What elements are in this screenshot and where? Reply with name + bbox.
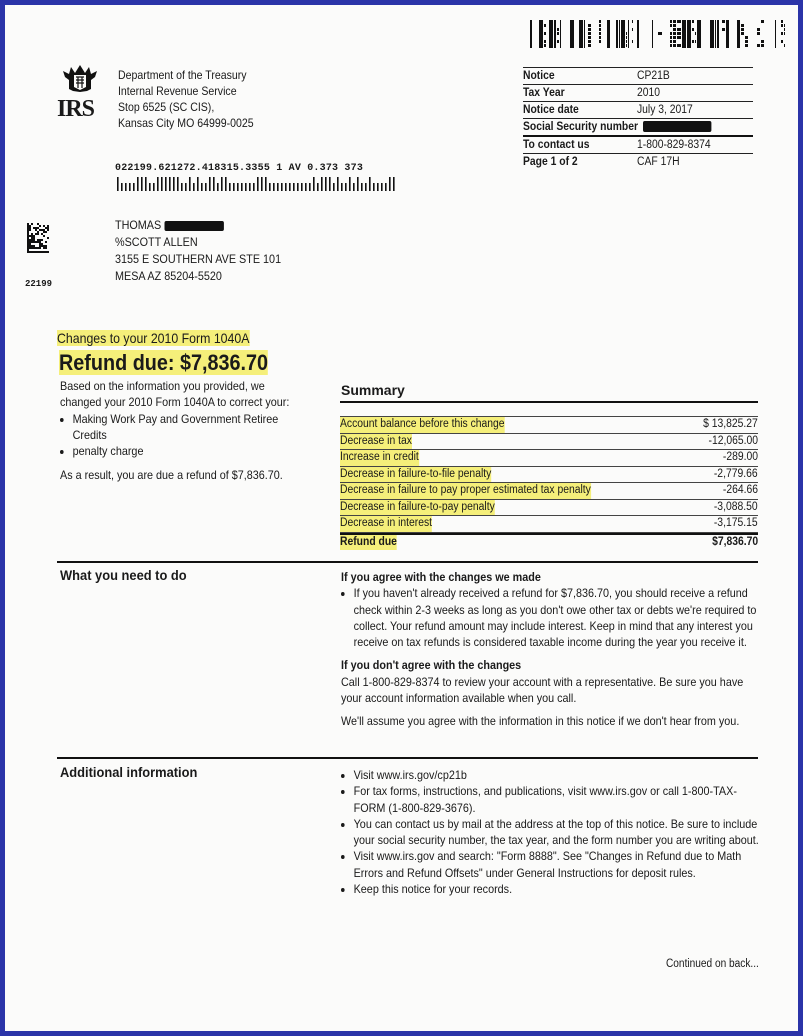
recipient-name: THOMAS — [115, 218, 161, 232]
summary-label: Decrease in interest — [340, 516, 432, 532]
ssn-row: Social Security number — [523, 119, 753, 137]
notice-date-row: Notice dateJuly 3, 2017 — [523, 102, 753, 119]
summary-total-row: Refund due$7,836.70 — [340, 533, 758, 551]
what-to-do-body: If you agree with the changes we made If… — [341, 569, 764, 730]
continued-on-back: Continued on back... — [666, 958, 759, 970]
summary-label: Decrease in failure-to-file penalty — [340, 467, 491, 483]
summary-label: Decrease in failure-to-pay penalty — [340, 500, 495, 516]
summary-label: Decrease in failure to pay proper estima… — [340, 483, 591, 499]
notice-row: NoticeCP21B — [523, 67, 753, 85]
refund-headline: Refund due: $7,836.70 — [59, 350, 268, 376]
summary-row: Decrease in failure to pay proper estima… — [340, 483, 758, 500]
summary-table: Account balance before this change$ 13,8… — [340, 416, 758, 550]
summary-amount: -289.00 — [723, 450, 758, 466]
summary-title: Summary — [341, 382, 405, 398]
info-link-cp21b[interactable]: Visit www.irs.gov/cp21b — [354, 767, 764, 783]
summary-amount: $ 13,825.27 — [703, 417, 758, 433]
name-redaction — [164, 221, 223, 231]
summary-rule — [340, 401, 758, 403]
irs-notice-page: IRS Department of the Treasury Internal … — [5, 5, 798, 1031]
mail-barcode-text: 022199.621272.418315.3355 1 AV 0.373 373 — [115, 163, 363, 174]
summary-row: Decrease in failure-to-file penalty-2,77… — [340, 467, 758, 484]
eagle-icon — [61, 63, 99, 93]
summary-row: Decrease in interest-3,175.15 — [340, 516, 758, 533]
summary-amount: -3,088.50 — [714, 500, 758, 516]
summary-amount: -3,175.15 — [714, 516, 758, 532]
changes-subtitle: Changes to your 2010 Form 1040A — [57, 330, 249, 346]
ssn-redaction — [643, 121, 711, 132]
summary-total-label: Refund due — [340, 535, 397, 551]
section-rule — [57, 757, 758, 759]
summary-amount: -12,065.00 — [709, 434, 759, 450]
summary-row: Decrease in failure-to-pay penalty-3,088… — [340, 500, 758, 517]
side-code: 22199 — [25, 279, 52, 289]
summary-total-amount: $7,836.70 — [712, 535, 758, 551]
additional-info-title: Additional information — [60, 764, 197, 780]
summary-row: Increase in credit-289.00 — [340, 450, 758, 467]
summary-row: Account balance before this change$ 13,8… — [340, 416, 758, 434]
summary-label: Account balance before this change — [340, 417, 505, 433]
tax-year-row: Tax Year2010 — [523, 85, 753, 102]
summary-row: Decrease in tax-12,065.00 — [340, 434, 758, 451]
notice-info-table: NoticeCP21B Tax Year2010 Notice dateJuly… — [523, 67, 753, 170]
irs-wordmark: IRS — [57, 98, 105, 120]
summary-label: Decrease in tax — [340, 434, 412, 450]
what-to-do-title: What you need to do — [60, 567, 187, 583]
postal-barcode — [115, 177, 400, 191]
irs-logo: IRS — [57, 63, 105, 120]
additional-info-body: Visit www.irs.gov/cp21b For tax forms, i… — [341, 767, 764, 897]
recipient-address: THOMAS %SCOTT ALLEN 3155 E SOUTHERN AVE … — [115, 217, 281, 285]
datamatrix-code — [27, 223, 49, 253]
changes-body: Based on the information you provided, w… — [60, 378, 292, 484]
page-row: Page 1 of 2CAF 17H — [523, 154, 753, 170]
section-rule — [57, 561, 758, 563]
summary-amount: -264.66 — [723, 483, 758, 499]
summary-label: Increase in credit — [340, 450, 419, 466]
contact-row: To contact us1-800-829-8374 — [523, 137, 753, 154]
top-barcode — [530, 18, 790, 50]
summary-amount: -2,779.66 — [714, 467, 758, 483]
agency-address: Department of the Treasury Internal Reve… — [118, 67, 254, 131]
